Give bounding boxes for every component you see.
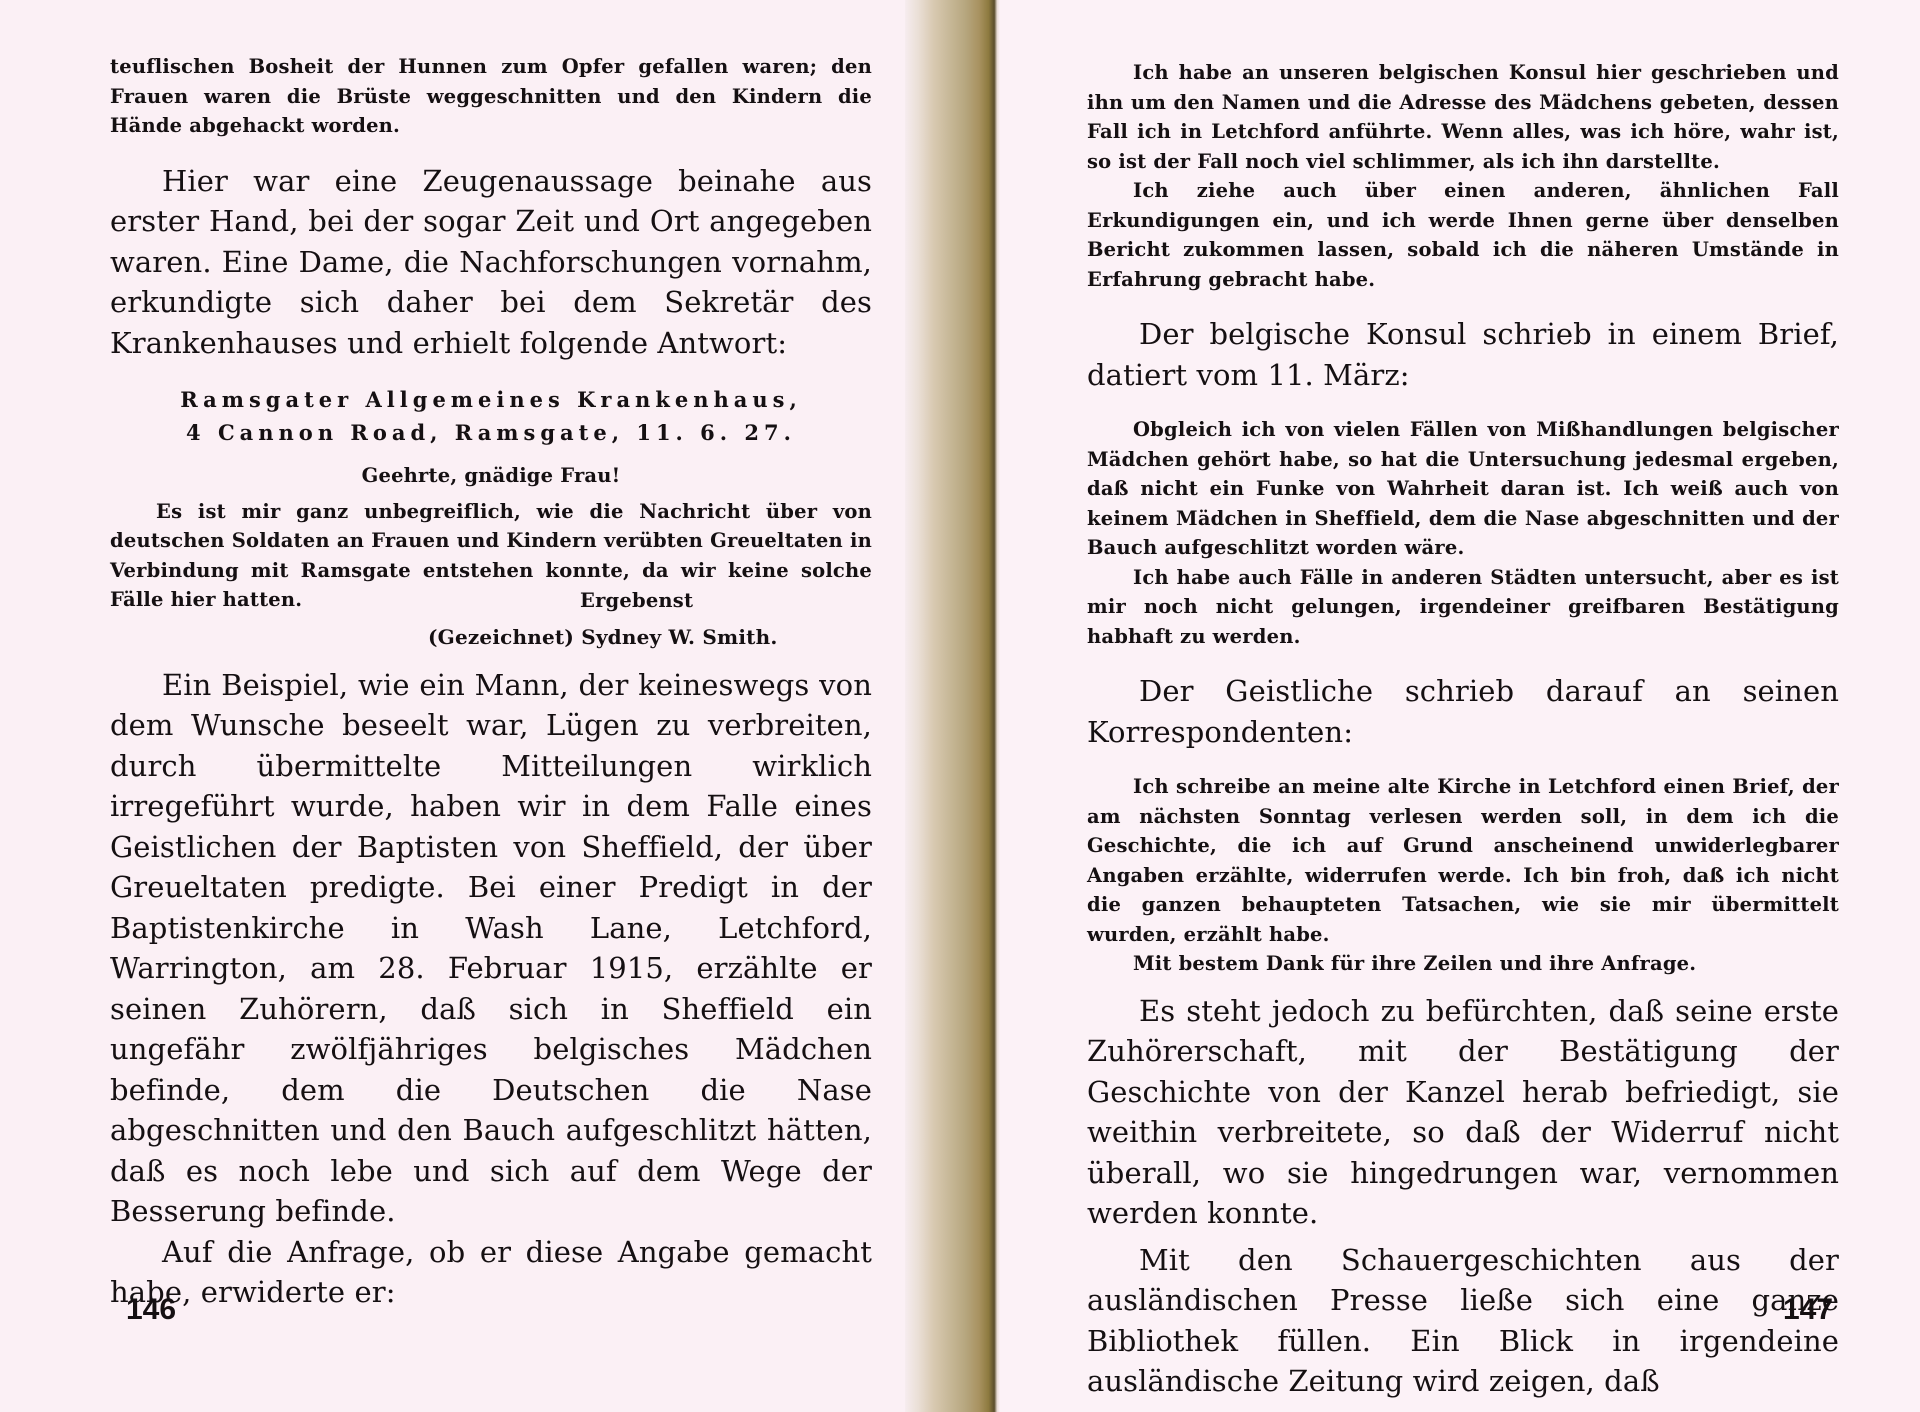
paragraph-example: Ein Beispiel, wie ein Mann, der keineswe… xyxy=(110,665,872,1232)
page-number-right: 147 xyxy=(1783,1293,1833,1327)
letter-signature: (Gezeichnet) Sydney W. Smith. xyxy=(110,623,872,653)
opening-paragraph: teuflischen Bosheit der Hunnen zum Opfer… xyxy=(110,52,872,141)
book-gutter xyxy=(905,0,1000,1412)
quote-retraction-para-2: Mit bestem Dank für ihre Zeilen und ihre… xyxy=(1087,949,1839,979)
letter-header-line-1: Ramsgater Allgemeines Krankenhaus, xyxy=(110,383,872,416)
letter-header-line-2: 4 Cannon Road, Ramsgate, 11. 6. 27. xyxy=(110,416,872,449)
quote-consul-para-1: Obgleich ich von vielen Fällen von Mißha… xyxy=(1087,415,1839,563)
letter-salutation: Geehrte, gnädige Frau! xyxy=(110,461,872,491)
paragraph-testimony: Hier war eine Zeugenaussage beinahe aus … xyxy=(110,161,872,364)
left-page-text: teuflischen Bosheit der Hunnen zum Opfer… xyxy=(110,52,872,1313)
quote-clergyman-para-1: Ich habe an unseren belgischen Konsul hi… xyxy=(1087,58,1839,176)
page-number-left: 146 xyxy=(126,1293,176,1327)
quote-consul-para-2: Ich habe auch Fälle in anderen Städten u… xyxy=(1087,563,1839,652)
hospital-letter: Ramsgater Allgemeines Krankenhaus, 4 Can… xyxy=(110,383,872,653)
quote-retraction-para-1: Ich schreibe an meine alte Kirche in Let… xyxy=(1087,772,1839,949)
right-page-text: Ich habe an unseren belgischen Konsul hi… xyxy=(1087,58,1839,1402)
paragraph-foreign-press: Mit den Schauergeschichten aus der auslä… xyxy=(1087,1240,1839,1402)
paragraph-inquiry: Auf die Anfrage, ob er diese Angabe gema… xyxy=(110,1232,872,1313)
quote-clergyman-para-2: Ich ziehe auch über einen anderen, ähnli… xyxy=(1087,176,1839,294)
book-spread: teuflischen Bosheit der Hunnen zum Opfer… xyxy=(0,0,1920,1412)
paragraph-clergyman-reply: Der Geistliche schrieb darauf an seinen … xyxy=(1087,671,1839,752)
paragraph-fear: Es steht jedoch zu befürchten, daß seine… xyxy=(1087,991,1839,1234)
paragraph-consul: Der belgische Konsul schrieb in einem Br… xyxy=(1087,314,1839,395)
